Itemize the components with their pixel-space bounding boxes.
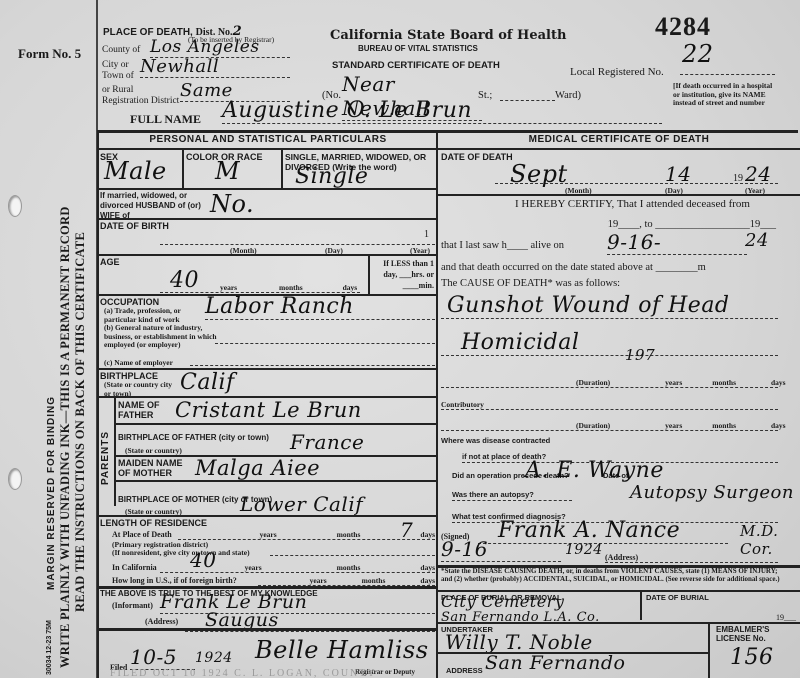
father-bp-label: BIRTHPLACE OF FATHER (city or town): [118, 433, 269, 443]
undertaker-address-label: ADDRESS: [446, 666, 483, 676]
occurred-text: and that death occurred on the date stat…: [441, 262, 706, 273]
board-title: California State Board of Health: [330, 28, 566, 43]
spouse-label: If married, widowed, or divorced HUSBAND…: [100, 191, 220, 221]
age-less-label: If LESS than 1 day, ___hrs. or ____min.: [372, 258, 434, 291]
print-code: 30034 12-23 75M: [46, 620, 53, 675]
binding-note: MARGIN RESERVED FOR BINDING: [46, 396, 57, 590]
certificate-number: 4284: [655, 12, 711, 42]
cause-code: 197: [625, 346, 655, 364]
res-place-label: At Place of Death: [112, 530, 172, 539]
binding-hole-bottom: [8, 468, 22, 490]
mother-value: Malga Aiee: [195, 456, 320, 480]
parents-label: PARENTS: [100, 431, 111, 485]
filed-stamp: FILED OCT 10 1924 C. L. LOGAN, COUNTY: [110, 668, 377, 678]
mother-bp-value: Lower Calif: [240, 492, 363, 516]
signed-address-label: (Address): [605, 553, 778, 563]
res-ca-units: yearsmonthsdays: [160, 563, 435, 573]
last-saw-year: 24: [745, 230, 769, 251]
occ-a-value: Labor Ranch: [205, 294, 435, 320]
last-saw-value: 9-16-: [607, 230, 747, 255]
cause-line-2: Homicidal: [441, 330, 778, 356]
spouse-value: No.: [210, 190, 254, 218]
marital-value: Single: [295, 164, 368, 189]
county-label: County of: [102, 45, 140, 56]
age-label: AGE: [100, 257, 120, 267]
full-name-label: FULL NAME: [130, 112, 201, 127]
dob-line: [160, 235, 435, 245]
res-us-units: yearsmonthsdays: [258, 576, 435, 586]
age-units: years months days: [160, 283, 360, 293]
dob-label: DATE OF BIRTH: [100, 221, 169, 231]
contributory-label: Contributory: [441, 400, 778, 410]
undertaker-address-value: San Fernando: [485, 652, 626, 674]
instruction-line-1: WRITE PLAINLY WITH UNFADING INK—THIS IS …: [58, 206, 73, 668]
occ-c-label: (c) Name of employer: [104, 358, 173, 367]
local-registered-label: Local Registered No.: [570, 67, 664, 78]
color-value: M: [215, 157, 240, 185]
autopsy-label: Was there an autopsy?: [452, 490, 572, 501]
address-label: (Address): [145, 617, 178, 626]
local-registered-value: 22: [680, 40, 775, 75]
res-place-units: yearsmonthsdays: [178, 530, 435, 540]
res-ca-label: In California: [112, 563, 157, 572]
occ-b-label: (b) General nature of industry, business…: [104, 324, 224, 350]
father-label: NAME OF FATHER: [118, 400, 178, 420]
rural-label: or Rural Registration District: [102, 85, 180, 107]
operation-signature: A. E. Wayne: [525, 458, 664, 483]
res-place-days-value: 7: [400, 518, 413, 542]
embalmer-license-value: 156: [730, 645, 774, 670]
informant-label: (Informant): [112, 601, 153, 610]
signed-date: 9-16: [441, 537, 561, 562]
hospital-note: [If death occurred in a hospital or inst…: [673, 82, 778, 108]
city-label: City or Town of: [102, 60, 142, 82]
contracted-label: Where was disease contracted: [441, 436, 550, 446]
sex-value: Male: [104, 157, 167, 185]
dod-month-value: Sept: [510, 160, 568, 188]
burial-place-value-1: City Cemetery: [441, 592, 564, 611]
occ-a-label: (a) Trade, profession, or particular kin…: [104, 307, 204, 324]
registrar-signature: Belle Hamliss: [255, 636, 429, 664]
attended-from-to: 19____, to __________________19___: [441, 219, 776, 230]
father-bp-value: France: [290, 430, 364, 454]
dob-year-value: 1: [424, 229, 429, 240]
binding-hole-top: [8, 195, 22, 217]
dod-year-value: 24: [745, 162, 771, 186]
filed-year: 1924: [195, 650, 233, 666]
duration-1: (Duration)yearsmonthsdays: [441, 378, 778, 388]
res-nonres-label: (If nonresident, give city or town and s…: [112, 548, 250, 557]
residence-label: LENGTH OF RESIDENCE: [100, 518, 207, 528]
death-certificate: Form No. 5 MARGIN RESERVED FOR BINDING W…: [0, 0, 800, 678]
father-value: Cristant Le Brun: [175, 398, 362, 422]
cause-label: The CAUSE OF DEATH* was as follows:: [441, 278, 620, 289]
filed-value: 10-5: [130, 645, 195, 670]
mother-label: MAIDEN NAME OF MOTHER: [118, 458, 183, 478]
undertaker-value: Willy T. Noble: [445, 630, 593, 654]
form-top-border: [98, 130, 798, 133]
cause-footnote: *State the DISEASE CAUSING DEATH, or, in…: [441, 568, 781, 583]
form-number: Form No. 5: [18, 46, 81, 62]
certify-text: I HEREBY CERTIFY, That I attended deceas…: [515, 198, 750, 210]
certificate-title: STANDARD CERTIFICATE OF DEATH: [332, 60, 500, 71]
duration-2: (Duration)yearsmonthsdays: [441, 421, 778, 431]
center-divider: [436, 130, 438, 678]
county-value: Los Angeles: [150, 37, 290, 58]
birthplace-value: Calif: [180, 370, 235, 395]
signed-year: 1924: [565, 542, 603, 558]
burial-date-label: DATE OF BURIAL: [646, 593, 709, 603]
instruction-line-2: READ THE INSTRUCTIONS ON BACK OF THIS CE…: [73, 232, 88, 612]
cause-line-1: Gunshot Wound of Head: [441, 293, 778, 319]
last-saw-label: that I last saw h____ alive on: [441, 240, 564, 251]
bureau-title: BUREAU OF VITAL STATISTICS: [358, 44, 478, 53]
embalmer-label: EMBALMER'S LICENSE No.: [716, 625, 796, 643]
autopsy-value: Autopsy Surgeon: [630, 482, 794, 503]
dod-label: DATE OF DEATH: [441, 152, 513, 162]
full-name-value: Augustine O. Le Brun: [222, 98, 662, 124]
personal-section-title: PERSONAL AND STATISTICAL PARTICULARS: [100, 134, 436, 145]
city-value: Newhall: [140, 56, 290, 78]
medical-section-title: MEDICAL CERTIFICATE OF DEATH: [438, 134, 800, 145]
dod-day-value: 14: [665, 162, 691, 186]
res-us-label: How long in U.S., if of foreign birth?: [112, 576, 237, 585]
